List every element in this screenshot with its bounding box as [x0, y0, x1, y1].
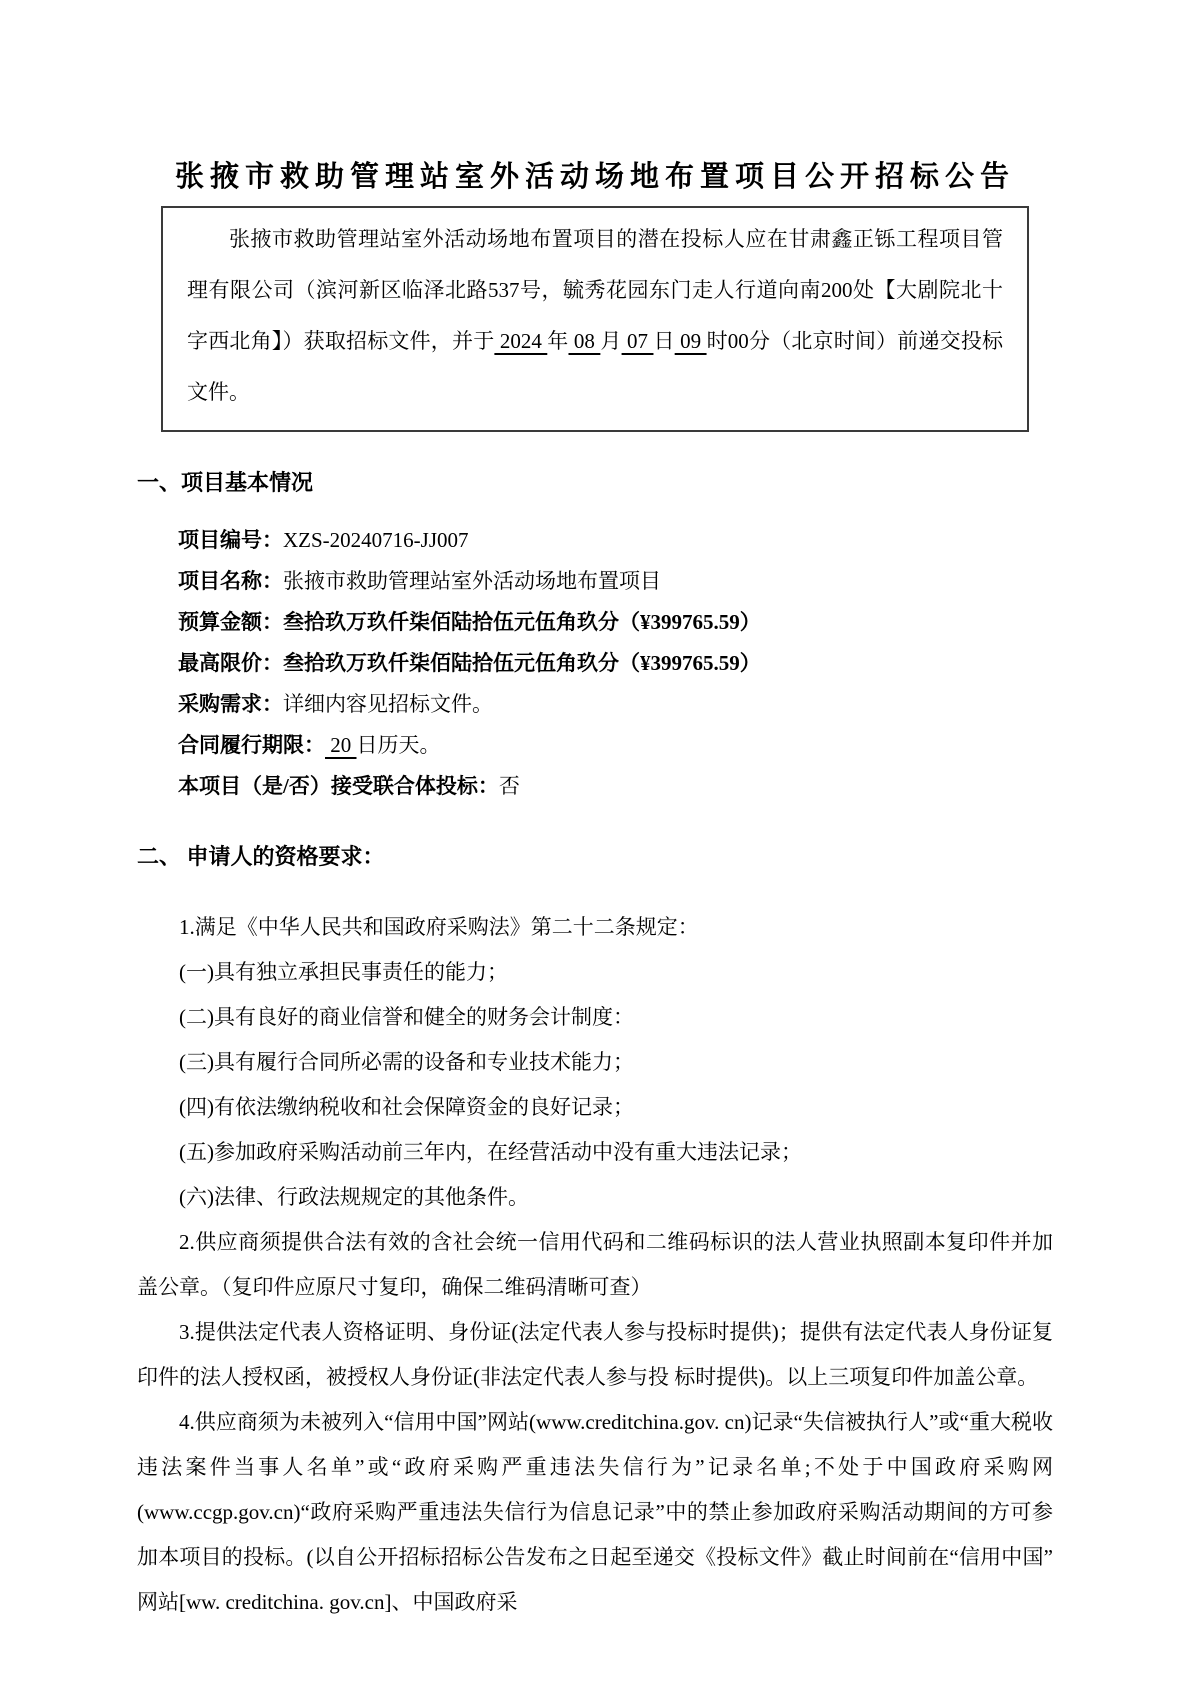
field-max-price-label: 最高限价：	[178, 651, 283, 675]
notice-day-value: 07	[622, 329, 654, 353]
field-contract-period-label: 合同履行期限：	[178, 733, 325, 757]
notice-paragraph: 张掖市救助管理站室外活动场地布置项目的潜在投标人应在甘肃鑫正铄工程项目管理有限公…	[187, 214, 1003, 418]
field-max-price-value: 叁拾玖万玖仟柒佰陆拾伍元伍角玖分（¥399765.59）	[283, 651, 761, 675]
field-project-no-value: XZS-20240716-JJ007	[283, 528, 469, 552]
field-consortium-label: 本项目（是/否）接受联合体投标：	[178, 774, 499, 798]
qualification-item: (二)具有良好的商业信誉和健全的财务会计制度：	[137, 995, 1053, 1040]
field-procurement-needs: 采购需求：详细内容见招标文件。	[178, 691, 1053, 718]
field-procurement-needs-label: 采购需求：	[178, 692, 283, 716]
notice-year-unit: 年	[547, 329, 568, 353]
notice-month-unit: 月	[600, 329, 621, 353]
field-budget: 预算金额：叁拾玖万玖仟柒佰陆拾伍元伍角玖分（¥399765.59）	[178, 609, 1053, 636]
qualification-item: (三)具有履行合同所必需的设备和专业技术能力；	[137, 1040, 1053, 1085]
field-project-no-label: 项目编号：	[178, 528, 283, 552]
notice-hour-value: 09	[675, 329, 707, 353]
qualification-item: (五)参加政府采购活动前三年内，在经营活动中没有重大违法记录；	[137, 1130, 1053, 1175]
field-contract-period: 合同履行期限： 20 日历天。	[178, 732, 1053, 759]
field-project-no: 项目编号：XZS-20240716-JJ007	[178, 527, 1053, 554]
field-budget-value: 叁拾玖万玖仟柒佰陆拾伍元伍角玖分（¥399765.59）	[283, 610, 761, 634]
field-contract-period-suffix: 日历天。	[357, 733, 441, 757]
notice-year-value: 2024	[494, 329, 547, 353]
notice-box: 张掖市救助管理站室外活动场地布置项目的潜在投标人应在甘肃鑫正铄工程项目管理有限公…	[161, 206, 1029, 432]
document-title: 张掖市救助管理站室外活动场地布置项目公开招标公告	[137, 158, 1053, 196]
field-consortium-value: 否	[499, 774, 520, 798]
field-consortium: 本项目（是/否）接受联合体投标：否	[178, 773, 1053, 800]
section2-heading: 二、 申请人的资格要求：	[137, 840, 1053, 871]
field-contract-period-days: 20	[325, 733, 357, 757]
field-project-name-value: 张掖市救助管理站室外活动场地布置项目	[283, 569, 661, 593]
qualification-item: (六)法律、行政法规规定的其他条件。	[137, 1175, 1053, 1220]
field-project-name-label: 项目名称：	[178, 569, 283, 593]
notice-day-unit: 日	[653, 329, 674, 353]
qualification-item: 4.供应商须为未被列入“信用中国”网站(www.creditchina.gov.…	[137, 1400, 1053, 1625]
section1-heading: 一、项目基本情况	[137, 466, 1053, 497]
notice-month-value: 08	[568, 329, 600, 353]
qualification-item: 3.提供法定代表人资格证明、身份证(法定代表人参与投标时提供)；提供有法定代表人…	[137, 1310, 1053, 1400]
field-max-price: 最高限价：叁拾玖万玖仟柒佰陆拾伍元伍角玖分（¥399765.59）	[178, 650, 1053, 677]
field-budget-label: 预算金额：	[178, 610, 283, 634]
field-procurement-needs-value: 详细内容见招标文件。	[283, 692, 493, 716]
qualification-item: 1.满足《中华人民共和国政府采购法》第二十二条规定：	[137, 905, 1053, 950]
qualification-item: (一)具有独立承担民事责任的能力；	[137, 950, 1053, 995]
qualification-item: (四)有依法缴纳税收和社会保障资金的良好记录；	[137, 1085, 1053, 1130]
qualification-item: 2.供应商须提供合法有效的含社会统一信用代码和二维码标识的法人营业执照副本复印件…	[137, 1220, 1053, 1310]
document-page: 张掖市救助管理站室外活动场地布置项目公开招标公告 张掖市救助管理站室外活动场地布…	[0, 0, 1191, 1684]
field-project-name: 项目名称：张掖市救助管理站室外活动场地布置项目	[178, 568, 1053, 595]
